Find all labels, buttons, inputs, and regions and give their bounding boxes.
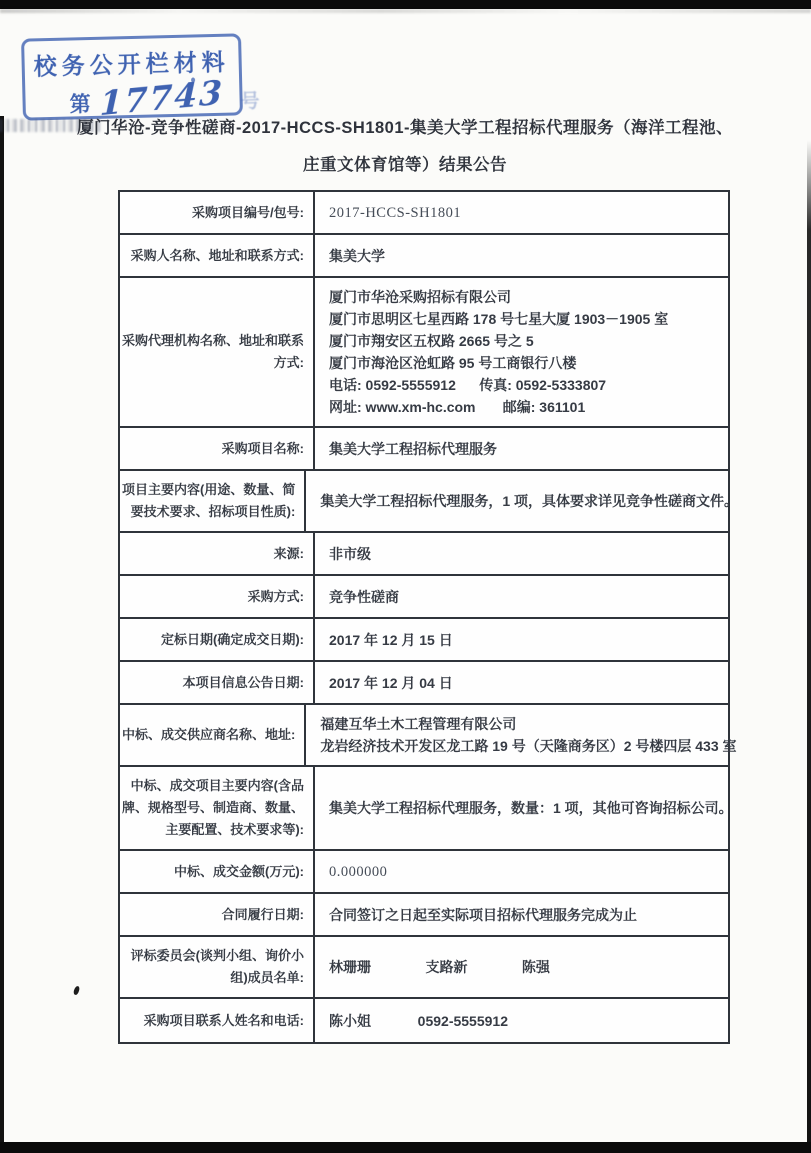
- row-label-line: 中标、成交金额(万元):: [174, 861, 304, 883]
- row-label: 采购代理机构名称、地址和联系方式:: [120, 278, 315, 426]
- table-row: 评标委员会(谈判小组、询价小组)成员名单:林珊珊 支路新 陈强: [120, 937, 728, 999]
- table-row: 采购项目名称:集美大学工程招标代理服务: [120, 428, 728, 471]
- row-value-line: 林珊珊 支路新 陈强: [329, 956, 724, 978]
- row-label-line: 采购项目名称:: [222, 438, 304, 460]
- row-value-line: 福建互华土木工程管理有限公司: [320, 713, 736, 735]
- approval-stamp: 校务公开栏材料 第 17743 号: [21, 33, 243, 120]
- row-value-line: 厦门市海沧区沧虹路 95 号工商银行八楼: [329, 352, 724, 374]
- row-label: 合同履行日期:: [120, 894, 315, 935]
- table-row: 采购人名称、地址和联系方式:集美大学: [120, 235, 728, 278]
- table-row: 来源:非市级: [120, 533, 728, 576]
- table-row: 定标日期(确定成交日期):2017 年 12 月 15 日: [120, 619, 728, 662]
- row-label-line: 定标日期(确定成交日期):: [161, 629, 304, 651]
- row-value: 2017 年 12 月 04 日: [315, 662, 728, 703]
- table-row: 中标、成交金额(万元):0.000000: [120, 851, 728, 894]
- row-value: 厦门市华沧采购招标有限公司厦门市思明区七星西路 178 号七星大厦 1903－1…: [315, 278, 728, 426]
- row-value-line: 电话: 0592-5555912 传真: 0592-5333807: [329, 374, 724, 396]
- row-value-line: 集美大学工程招标代理服务，数量：1 项，其他可咨询招标公司。: [329, 797, 733, 819]
- row-value: 福建互华土木工程管理有限公司龙岩经济技术开发区龙工路 19 号（天隆商务区）2 …: [306, 705, 740, 765]
- row-label-line: 项目主要内容(用途、数量、简: [122, 479, 295, 501]
- row-label: 项目主要内容(用途、数量、简要技术要求、招标项目性质):: [120, 471, 306, 531]
- row-value: 集美大学工程招标代理服务，1 项，具体要求详见竞争性磋商文件。: [306, 471, 742, 531]
- row-label-line: 采购方式:: [248, 586, 304, 608]
- table-row: 合同履行日期:合同签订之日起至实际项目招标代理服务完成为止: [120, 894, 728, 937]
- row-value-line: 竞争性磋商: [329, 586, 724, 608]
- row-value-line: 集美大学: [329, 245, 724, 267]
- row-value-line: 龙岩经济技术开发区龙工路 19 号（天隆商务区）2 号楼四层 433 室: [320, 735, 736, 757]
- row-value-line: 厦门市华沧采购招标有限公司: [329, 286, 724, 308]
- row-label: 中标、成交供应商名称、地址:: [120, 705, 306, 765]
- row-label-line: 采购代理机构名称、地址和联系: [122, 330, 304, 352]
- row-label: 本项目信息公告日期:: [120, 662, 315, 703]
- table-row: 采购方式:竞争性磋商: [120, 576, 728, 619]
- row-value: 合同签订之日起至实际项目招标代理服务完成为止: [315, 894, 728, 935]
- table-row: 采购代理机构名称、地址和联系方式:厦门市华沧采购招标有限公司厦门市思明区七星西路…: [120, 278, 728, 428]
- scan-edge-top: [0, 0, 811, 9]
- page-title: 厦门华沧-竞争性磋商-2017-HCCS-SH1801-集美大学工程招标代理服务…: [55, 110, 755, 184]
- row-value-line: 网址: www.xm-hc.com 邮编: 361101: [329, 396, 724, 418]
- row-value-line: 陈小姐 0592-5555912: [329, 1010, 724, 1032]
- row-value: 集美大学工程招标代理服务: [315, 428, 728, 469]
- row-label-line: 来源:: [274, 543, 304, 565]
- row-label-line: 采购项目联系人姓名和电话:: [144, 1010, 304, 1032]
- page-title-line2: 庄重文体育馆等）结果公告: [55, 147, 755, 184]
- row-label-line: 合同履行日期:: [222, 904, 304, 926]
- row-value: 非市级: [315, 533, 728, 574]
- table-row: 本项目信息公告日期:2017 年 12 月 04 日: [120, 662, 728, 705]
- row-value-line: 2017 年 12 月 15 日: [329, 629, 724, 651]
- row-label-line: 主要配置、技术要求等):: [165, 819, 304, 841]
- row-label: 采购项目联系人姓名和电话:: [120, 999, 315, 1042]
- row-label: 评标委员会(谈判小组、询价小组)成员名单:: [120, 937, 315, 997]
- scanned-announcement-page: { "stamp": { "line1": "校务公开栏材料", "number…: [0, 0, 811, 1153]
- row-value-line: 2017-HCCS-SH1801: [329, 202, 724, 224]
- row-label-line: 牌、规格型号、制造商、数量、: [122, 797, 304, 819]
- row-value-line: 厦门市思明区七星西路 178 号七星大厦 1903－1905 室: [329, 308, 724, 330]
- table-row: 采购项目联系人姓名和电话:陈小姐 0592-5555912: [120, 999, 728, 1042]
- row-label-line: 本项目信息公告日期:: [183, 672, 304, 694]
- row-label-line: 采购人名称、地址和联系方式:: [131, 245, 304, 267]
- row-value: 2017 年 12 月 15 日: [315, 619, 728, 660]
- scan-edge-left: [0, 116, 4, 1153]
- announcement-table: 采购项目编号/包号:2017-HCCS-SH1801采购人名称、地址和联系方式:…: [118, 190, 730, 1044]
- row-value: 集美大学工程招标代理服务，数量：1 项，其他可咨询招标公司。: [315, 767, 737, 849]
- page-title-line1: 厦门华沧-竞争性磋商-2017-HCCS-SH1801-集美大学工程招标代理服务…: [55, 110, 755, 147]
- row-label: 中标、成交项目主要内容(含品牌、规格型号、制造商、数量、主要配置、技术要求等):: [120, 767, 315, 849]
- row-label: 采购项目编号/包号:: [120, 192, 315, 233]
- row-value-line: 0.000000: [329, 861, 724, 883]
- row-label: 采购方式:: [120, 576, 315, 617]
- table-row: 采购项目编号/包号:2017-HCCS-SH1801: [120, 192, 728, 235]
- row-label-line: 要技术要求、招标项目性质):: [131, 501, 296, 523]
- row-value-line: 非市级: [329, 543, 724, 565]
- row-value: 2017-HCCS-SH1801: [315, 192, 728, 233]
- row-value: 陈小姐 0592-5555912: [315, 999, 728, 1042]
- row-label: 中标、成交金额(万元):: [120, 851, 315, 892]
- row-value-line: 厦门市翔安区五权路 2665 号之 5: [329, 330, 724, 352]
- row-value: 林珊珊 支路新 陈强: [315, 937, 728, 997]
- table-row: 中标、成交项目主要内容(含品牌、规格型号、制造商、数量、主要配置、技术要求等):…: [120, 767, 728, 851]
- row-label-line: 中标、成交项目主要内容(含品: [131, 775, 304, 797]
- scan-edge-right: [807, 140, 811, 1153]
- table-row: 中标、成交供应商名称、地址:福建互华土木工程管理有限公司龙岩经济技术开发区龙工路…: [120, 705, 728, 767]
- row-label: 采购项目名称:: [120, 428, 315, 469]
- row-value-line: 集美大学工程招标代理服务: [329, 438, 724, 460]
- table-row: 项目主要内容(用途、数量、简要技术要求、招标项目性质):集美大学工程招标代理服务…: [120, 471, 728, 533]
- row-label-line: 方式:: [274, 352, 304, 374]
- row-label: 来源:: [120, 533, 315, 574]
- row-value: 竞争性磋商: [315, 576, 728, 617]
- row-value-line: 2017 年 12 月 04 日: [329, 672, 724, 694]
- row-label-line: 采购项目编号/包号:: [192, 202, 304, 224]
- scan-edge-bottom: [0, 1142, 811, 1153]
- row-label-line: 中标、成交供应商名称、地址:: [122, 724, 295, 746]
- row-value: 0.000000: [315, 851, 728, 892]
- row-label: 采购人名称、地址和联系方式:: [120, 235, 315, 276]
- row-label-line: 评标委员会(谈判小组、询价小: [131, 945, 304, 967]
- row-value-line: 合同签订之日起至实际项目招标代理服务完成为止: [329, 904, 724, 926]
- row-value: 集美大学: [315, 235, 728, 276]
- ink-speck: [73, 986, 80, 996]
- row-label: 定标日期(确定成交日期):: [120, 619, 315, 660]
- row-value-line: 集美大学工程招标代理服务，1 项，具体要求详见竞争性磋商文件。: [320, 490, 738, 512]
- row-label-line: 组)成员名单:: [230, 967, 304, 989]
